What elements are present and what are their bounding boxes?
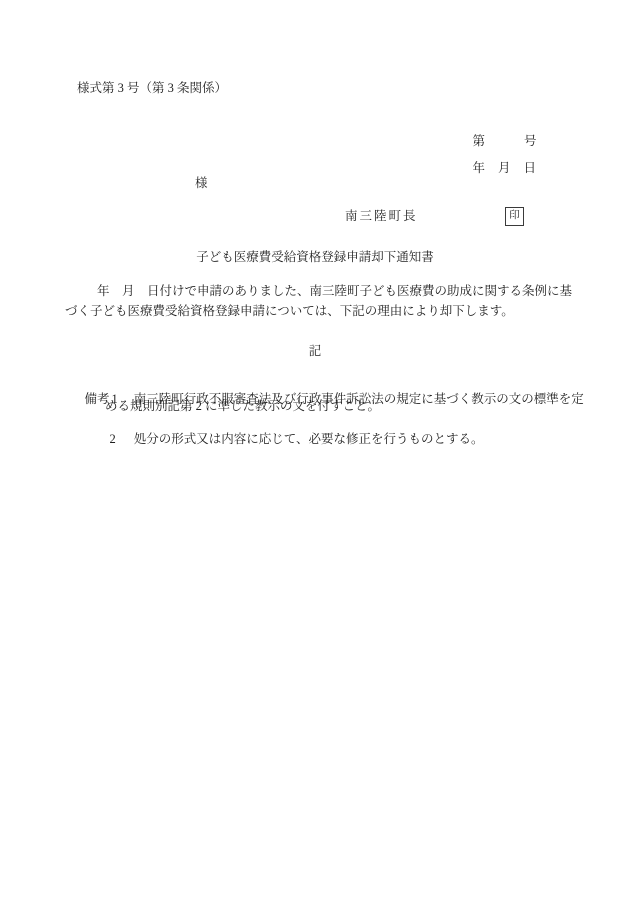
remark-item-2: 2処分の形式又は内容に応じて、必要な修正を行うものとする。 (97, 418, 484, 461)
sender-title: 南三陸町長 (345, 209, 418, 223)
seal-stamp: 印 (505, 207, 524, 226)
record-marker: 記 (0, 344, 630, 358)
body-paragraph-line-2: づく子ども医療費受給資格登録申請については、下記の理由により却下します。 (65, 304, 514, 318)
form-number-label: 様式第 3 号（第 3 条関係） (77, 81, 227, 95)
remark-2-text: 処分の形式又は内容に応じて、必要な修正を行うものとする。 (134, 432, 484, 446)
document-page: 様式第 3 号（第 3 条関係） 第号 年月日 様 南三陸町長 印 子ども医療費… (0, 0, 630, 903)
date-day-label: 日 (524, 161, 537, 175)
seal-character: 印 (509, 210, 520, 222)
date-line: 年月日 (460, 147, 536, 190)
date-year-label: 年 (473, 161, 486, 175)
remark-1-text-line-2: める規則別記第 2 に準じた教示の文を付すこと。 (105, 399, 380, 413)
date-month-label: 月 (498, 161, 511, 175)
body-paragraph-line-1: 年 月 日付けで申請のありました、南三陸町子ども医療費の助成に関する条例に基 (97, 284, 572, 298)
addressee-honorific: 様 (195, 176, 208, 190)
remark-2-number: 2 (110, 432, 116, 446)
document-title: 子ども医療費受給資格登録申請却下通知書 (0, 250, 630, 264)
